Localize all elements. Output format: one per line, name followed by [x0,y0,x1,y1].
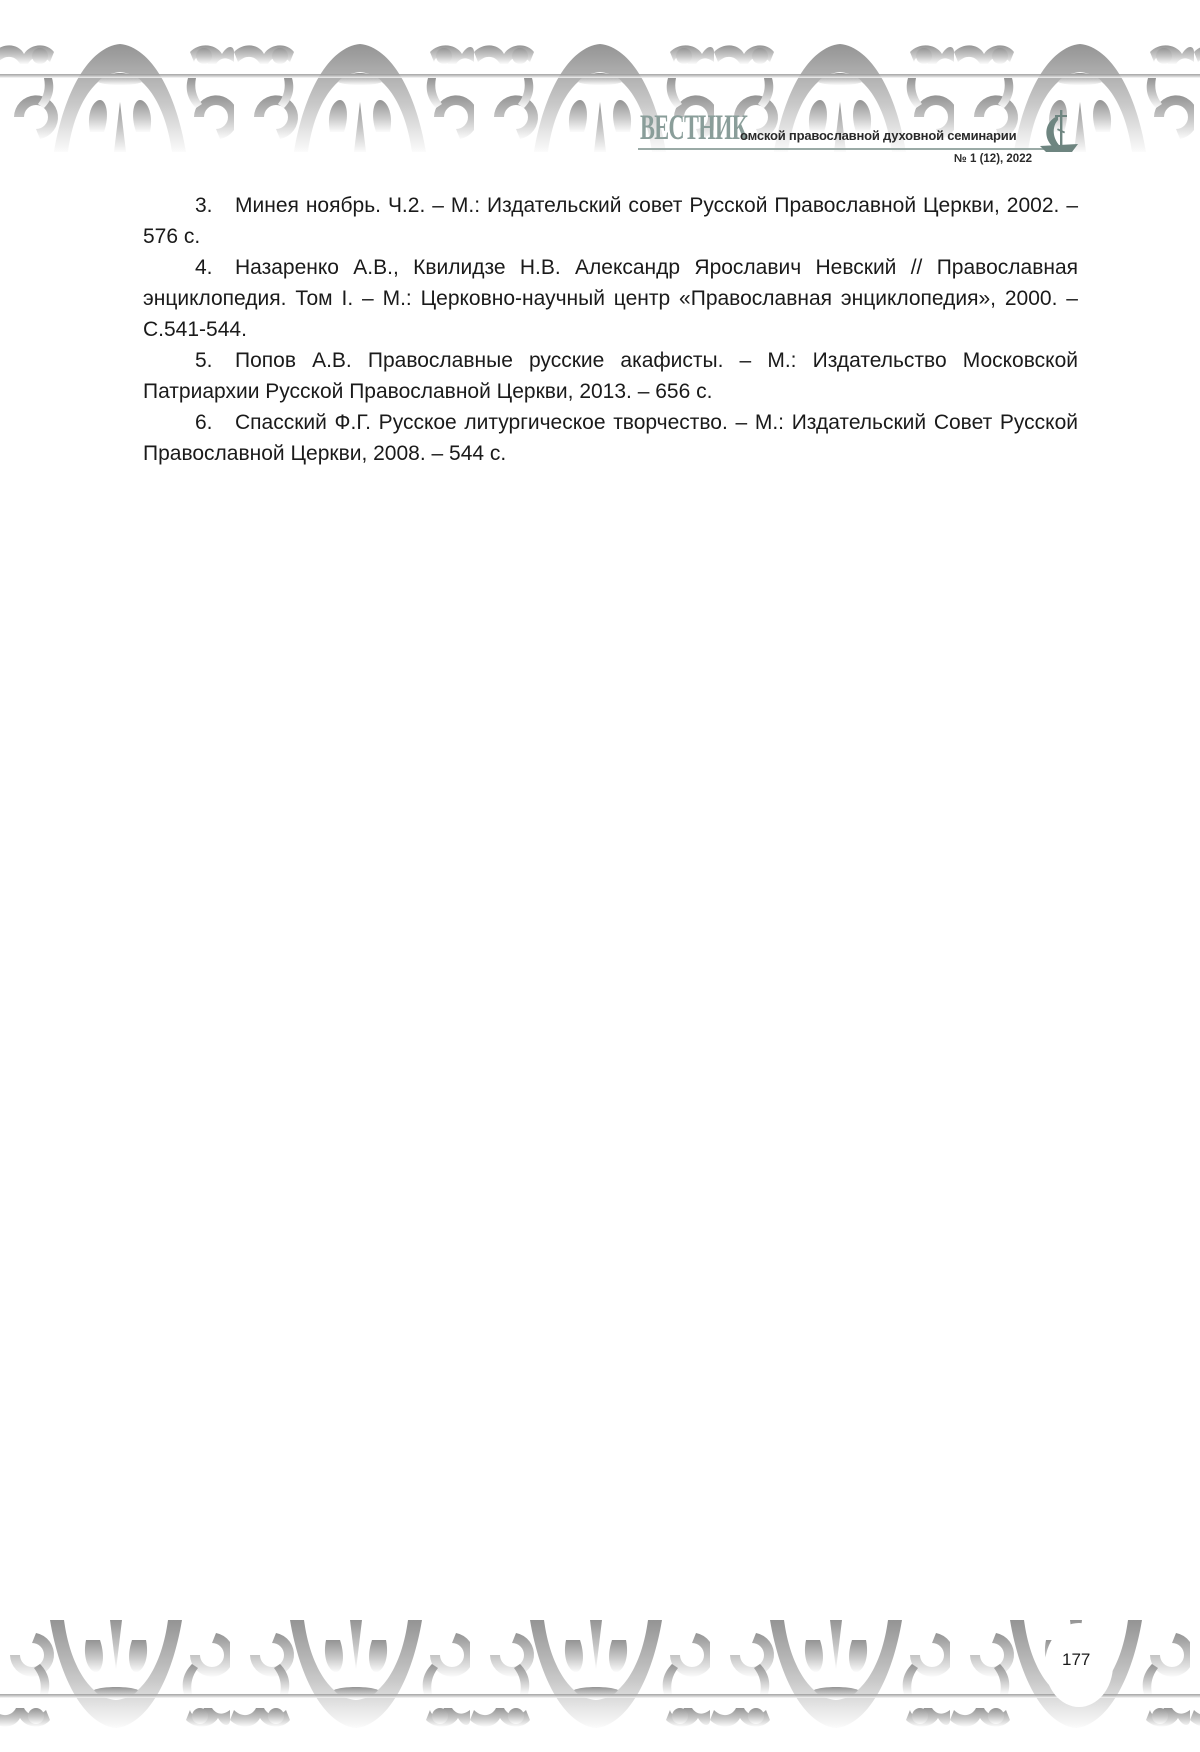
scroll-ornament-icon [0,1605,1200,1750]
reference-item: 5.Попов А.В. Православные русские акафис… [143,345,1078,407]
reference-text: Спасский Ф.Г. Русское литургическое твор… [143,411,1078,465]
reference-text: Минея ноябрь. Ч.2. – М.: Издательский со… [143,194,1078,248]
reference-text: Назаренко А.В., Квилидзе Н.В. Александр … [143,256,1078,341]
reference-item: 3.Минея ноябрь. Ч.2. – М.: Издательский … [143,190,1078,252]
journal-logo: ВЕСТНИК [640,108,747,146]
masthead-rule [638,148,1070,150]
reference-item: 6.Спасский Ф.Г. Русское литургическое тв… [143,407,1078,469]
bottom-ornament-border [0,1605,1200,1750]
reference-list: 3.Минея ноябрь. Ч.2. – М.: Издательский … [143,190,1078,469]
reference-text: Попов А.В. Православные русские акафисты… [143,349,1078,403]
journal-masthead: ВЕСТНИК омской православной духовной сем… [636,104,1086,172]
page-number: 177 [1062,1650,1090,1670]
reference-item: 4.Назаренко А.В., Квилидзе Н.В. Александ… [143,252,1078,345]
journal-subtitle: омской православной духовной семинарии [740,128,1016,143]
issue-number: № 1 (12), 2022 [954,153,1032,165]
ship-cross-icon [1038,108,1080,152]
